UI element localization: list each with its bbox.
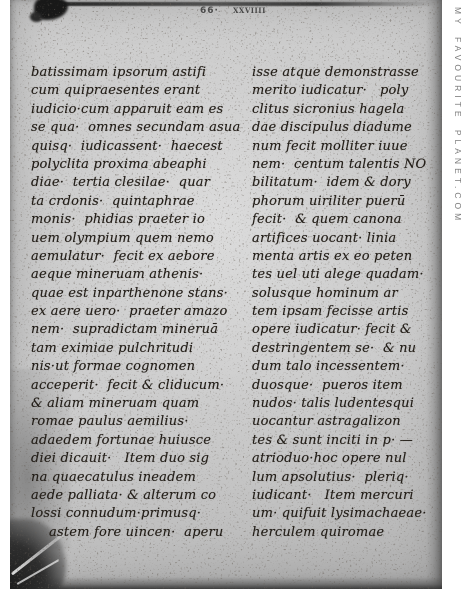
site-watermark: MY FAVOURITE PLANET.COM [453, 7, 463, 567]
manuscript-text-line: uem olympium quem nemo [31, 230, 243, 248]
manuscript-text-line: cum quipraesentes erant [31, 82, 243, 100]
manuscript-text-line: merito iudicatur· poly [252, 82, 438, 100]
manuscript-text-line: aemulatur· fecit ex aebore [31, 248, 243, 266]
manuscript-text-line: clitus sicronius hagela [252, 101, 438, 119]
manuscript-text-line: ta crdonis· quintaphrae [31, 193, 243, 211]
manuscript-text-line: uocantur astragalizon [252, 413, 438, 431]
manuscript-text-line: lossi connudum·primusq· [31, 505, 243, 523]
page-root: 66· XXVIIII batissimam ipsorum astificum… [0, 0, 470, 600]
text-columns: batissimam ipsorum astificum quipraesent… [10, 64, 442, 542]
manuscript-text-line: diei dicauit· Item duo sig [31, 450, 243, 468]
folio-header: 66· XXVIIII [200, 6, 266, 16]
manuscript-text-line: na quaecatulus ineadem [31, 469, 243, 487]
manuscript-text-line: isse atque demonstrasse [252, 64, 438, 82]
chapter-number: XXVIIII [233, 6, 266, 15]
manuscript-text-line: aede palliata· & alterum co [31, 487, 243, 505]
manuscript-text-line: menta artis ex eo peten [252, 248, 438, 266]
manuscript-text-line: nis·ut formae cognomen [31, 358, 243, 376]
manuscript-text-line: phorum uiriliter puerū [252, 193, 438, 211]
manuscript-text-line: acceperit· fecit & cliducum· [31, 377, 243, 395]
manuscript-text-line: opere iudicatur· fecit & [252, 321, 438, 339]
manuscript-text-line: tem ipsam fecisse artis [252, 303, 438, 321]
manuscript-text-line: iudicio·cum apparuit eam es [31, 101, 243, 119]
site-name-label: MY FAVOURITE PLANET.COM [453, 7, 463, 224]
manuscript-text-line: bilitatum· idem & dory [252, 174, 438, 192]
photo-bottom-edge-shadow [10, 577, 442, 589]
manuscript-text-line: iudicant· Item mercuri [252, 487, 438, 505]
manuscript-text-line: quae est inparthenone stans· [31, 285, 243, 303]
manuscript-text-line: fecit· & quem canona [252, 211, 438, 229]
manuscript-text-line: duosque· pueros item [252, 377, 438, 395]
manuscript-text-line: solusque hominum ar [252, 285, 438, 303]
manuscript-text-line: se qua· omnes secundam asua [31, 119, 243, 137]
manuscript-text-line: atrioduo·hoc opere nul [252, 450, 438, 468]
manuscript-text-line: quisq· iudicassent· haecest [31, 138, 243, 156]
folio-number: 66· [200, 6, 219, 16]
manuscript-text-line: polyclita proxima abeaphi [31, 156, 243, 174]
ink-blot-top-left-small [30, 12, 42, 22]
manuscript-text-line: herculem quiromae [252, 524, 438, 542]
manuscript-text-line: tam eximiae pulchritudi [31, 340, 243, 358]
manuscript-text-line: um· quifuit lysimachaeae· [252, 505, 438, 523]
manuscript-text-line: tes uel uti alege quadam· [252, 266, 438, 284]
manuscript-text-line: astem fore uincen· aperu [31, 524, 243, 542]
manuscript-text-line: destringentem se· & nu [252, 340, 438, 358]
manuscript-text-line: num fecit molliter iuue [252, 138, 438, 156]
manuscript-text-line: diae· tertia clesilae· quar [31, 174, 243, 192]
manuscript-text-line: romae paulus aemilius· [31, 413, 243, 431]
left-text-column: batissimam ipsorum astificum quipraesent… [31, 64, 243, 542]
manuscript-text-line: artifices uocant· linia [252, 230, 438, 248]
manuscript-text-line: nem· supradictam mineruā [31, 321, 243, 339]
manuscript-text-line: nudos· talis ludentesqui [252, 395, 438, 413]
manuscript-text-line: & aliam mineruam quam [31, 395, 243, 413]
manuscript-text-line: adaedem fortunae huiusce [31, 432, 243, 450]
manuscript-text-line: monis· phidias praeter io [31, 211, 243, 229]
manuscript-photo: 66· XXVIIII batissimam ipsorum astificum… [10, 0, 442, 589]
manuscript-text-line: batissimam ipsorum astifi [31, 64, 243, 82]
manuscript-text-line: tes & sunt inciti in p· — [252, 432, 438, 450]
manuscript-text-line: dae discipulus diadume [252, 119, 438, 137]
right-text-column: isse atque demonstrassemerito iudicatur·… [252, 64, 438, 542]
manuscript-text-line: dum talo incessentem· [252, 358, 438, 376]
manuscript-text-line: aeque mineruam athenis· [31, 266, 243, 284]
manuscript-text-line: ex aere uero· praeter amazo [31, 303, 243, 321]
manuscript-text-line: lum apsolutius· pleriq· [252, 469, 438, 487]
manuscript-text-line: nem· centum talentis NO [252, 156, 438, 174]
